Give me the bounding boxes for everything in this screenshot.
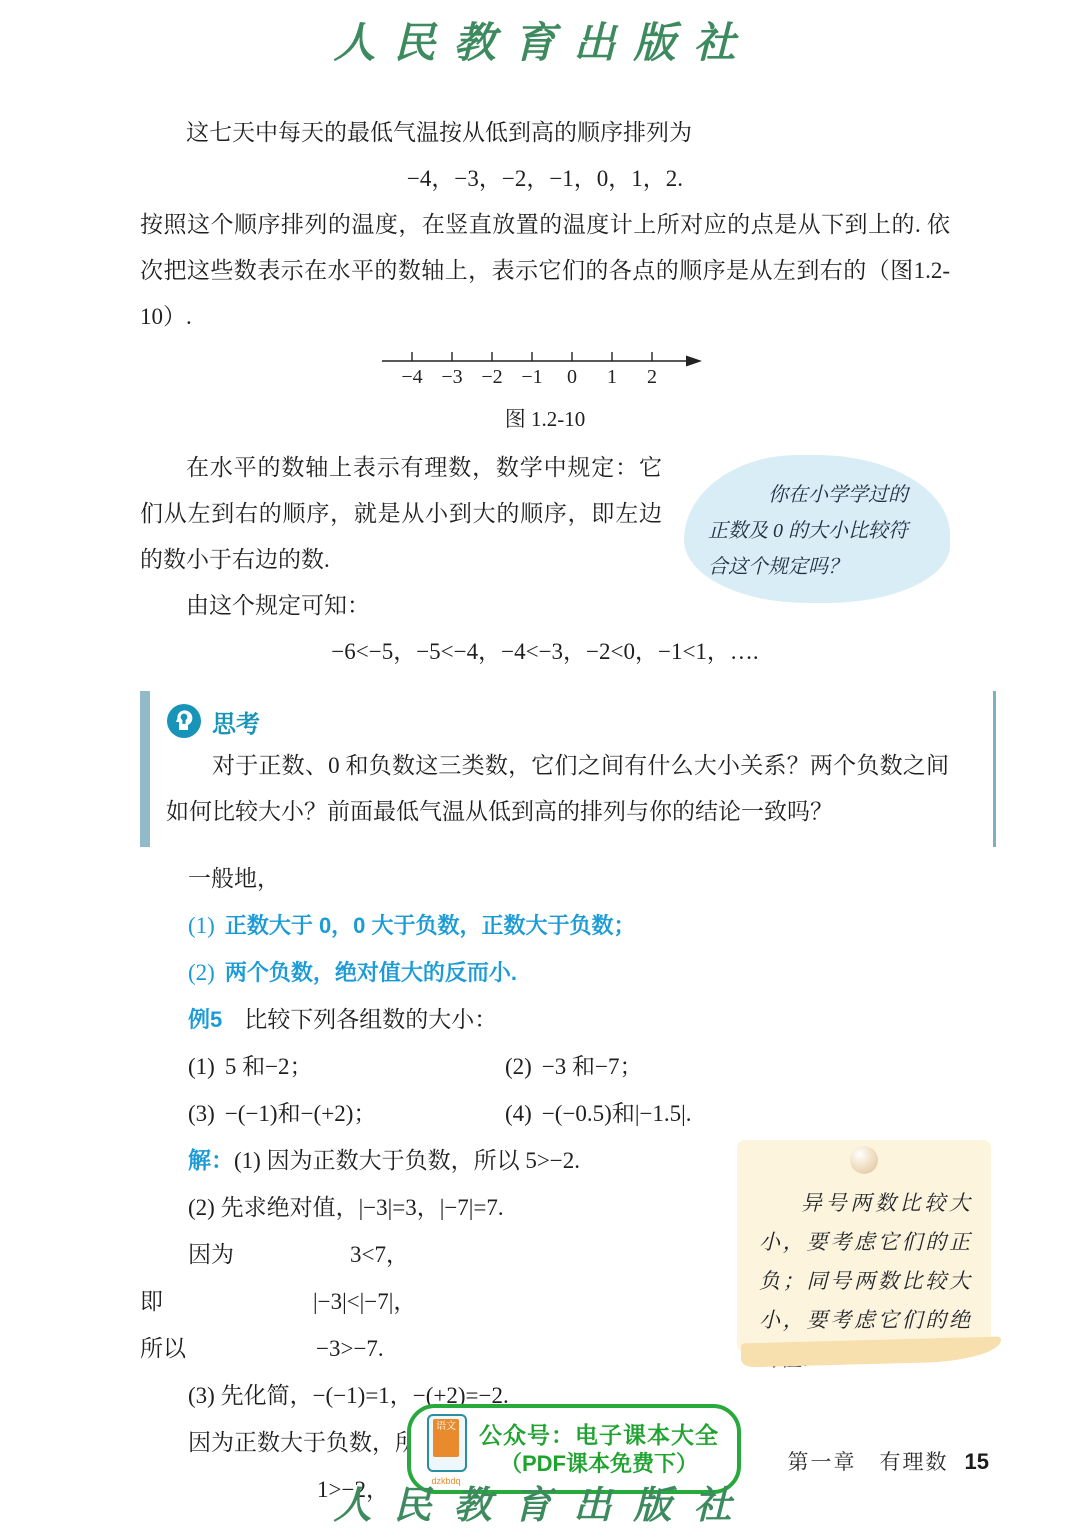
- figure-caption: 图 1.2-10: [140, 399, 950, 439]
- problem-text: 5 和−2；: [225, 1054, 313, 1079]
- footer-chapter: 第一章 有理数15: [788, 1446, 989, 1476]
- general-item-1: (1)正数大于 0，0 大于负数，正数大于负数；: [140, 902, 950, 949]
- problem-text: −3 和−7；: [542, 1054, 643, 1079]
- rule-section: 在水平的数轴上表示有理数，数学中规定：它们从左到右的顺序，就是从小到大的顺序，即…: [140, 445, 950, 629]
- namely-label: 即: [140, 1289, 163, 1314]
- think-question: 对于正数、0 和负数这三类数，它们之间有什么大小关系？两个负数之间如何比较大小？…: [166, 743, 949, 835]
- svg-text:−2: −2: [481, 366, 502, 388]
- problem-number: (4): [505, 1101, 532, 1126]
- number-line-svg: −4−3−2−1012: [380, 346, 710, 392]
- problem-2: (2)−3 和−7；: [505, 1043, 643, 1090]
- general-item-2: (2)两个负数，绝对值大的反而小.: [140, 949, 950, 996]
- think-box: 思考 对于正数、0 和负数这三类数，它们之间有什么大小关系？两个负数之间如何比较…: [140, 691, 996, 847]
- think-label: 思考: [212, 704, 260, 739]
- item-number: (1): [188, 913, 215, 938]
- problem-number: (2): [505, 1054, 532, 1079]
- chapter-title: 第一章 有理数: [788, 1450, 949, 1474]
- margin-note: 异号两数比较大小，要考虑它们的正负；同号两数比较大小，要考虑它们的绝对值.: [737, 1140, 991, 1352]
- svg-text:2: 2: [647, 366, 657, 388]
- problem-text: −(−0.5)和|−1.5|.: [542, 1101, 692, 1126]
- rule-paragraph: 在水平的数轴上表示有理数，数学中规定：它们从左到右的顺序，就是从小到大的顺序，即…: [140, 445, 662, 583]
- svg-text:−4: −4: [401, 366, 422, 388]
- lightbulb-head-icon: [166, 703, 202, 739]
- pin-pearl-icon: [850, 1146, 878, 1174]
- so-label: 所以: [140, 1336, 186, 1361]
- page-number: 15: [965, 1449, 989, 1474]
- textbook-page: 人民教育出版社 这七天中每天的最低气温按从低到高的顺序排列为 −4，−3，−2，…: [0, 0, 1087, 1535]
- problems-row-2: (3)−(−1)和−(+2)； (4)−(−0.5)和|−1.5|.: [140, 1090, 950, 1137]
- intro-paragraph-2: 按照这个顺序排列的温度，在竖直放置的温度计上所对应的点是从下到上的. 依次把这些…: [140, 202, 950, 340]
- namely-expression: |−3|<|−7|，: [313, 1289, 416, 1314]
- problem-number: (1): [188, 1054, 215, 1079]
- because-expression: 3<7，: [350, 1242, 409, 1267]
- publisher-logo-bottom: 人民教育出版社: [0, 1474, 1087, 1529]
- problem-text: −(−1)和−(+2)；: [225, 1101, 377, 1126]
- number-line-figure: −4−3−2−1012: [140, 346, 950, 397]
- badge-text: 公众号：电子课本大全 （PDF课本免费下）: [479, 1420, 719, 1478]
- item-text: 正数大于 0，0 大于负数，正数大于负数；: [225, 913, 636, 938]
- example-heading: 例5比较下列各组数的大小：: [140, 996, 950, 1043]
- svg-text:−1: −1: [521, 366, 542, 388]
- intro-paragraph-1: 这七天中每天的最低气温按从低到高的顺序排列为: [140, 110, 950, 156]
- book-cover: 语文: [433, 1419, 459, 1457]
- publisher-logo-top: 人民教育出版社: [0, 0, 1087, 74]
- svg-text:−3: −3: [441, 366, 462, 388]
- problem-3: (3)−(−1)和−(+2)；: [140, 1090, 505, 1137]
- rule-lead: 由这个规定可知：: [140, 583, 662, 629]
- badge-line-1: 公众号：电子课本大全: [479, 1420, 719, 1450]
- cloud-speech-bubble: 你在小学学过的正数及 0 的大小比较符合这个规定吗？: [684, 455, 950, 603]
- temperature-sequence: −4，−3，−2，−1，0，1，2.: [140, 156, 950, 202]
- solution-text: (1) 因为正数大于负数，所以 5>−2.: [234, 1148, 580, 1173]
- so-expression: −3>−7.: [316, 1336, 384, 1361]
- rule-column: 在水平的数轴上表示有理数，数学中规定：它们从左到右的顺序，就是从小到大的顺序，即…: [140, 445, 662, 629]
- general-lead: 一般地，: [140, 855, 950, 902]
- problem-4: (4)−(−0.5)和|−1.5|.: [505, 1090, 692, 1137]
- because-label: 因为: [188, 1242, 234, 1267]
- margin-note-text: 异号两数比较大小，要考虑它们的正负；同号两数比较大小，要考虑它们的绝对值.: [737, 1140, 991, 1379]
- item-number: (2): [188, 960, 215, 985]
- solution-label: 解：: [188, 1147, 234, 1173]
- example-prompt: 比较下列各组数的大小：: [244, 1007, 497, 1032]
- svg-text:1: 1: [607, 366, 617, 388]
- problem-number: (3): [188, 1101, 215, 1126]
- problem-1: (1)5 和−2；: [140, 1043, 505, 1090]
- problems-row-1: (1)5 和−2； (2)−3 和−7；: [140, 1043, 950, 1090]
- axis-arrow-icon: [686, 356, 702, 367]
- item-text: 两个负数，绝对值大的反而小.: [225, 960, 517, 985]
- inequality-chain: −6<−5，−5<−4，−4<−3，−2<0，−1<1，….: [140, 629, 950, 675]
- svg-text:0: 0: [567, 366, 577, 388]
- example-label: 例5: [188, 1007, 222, 1032]
- think-header: 思考: [166, 699, 949, 743]
